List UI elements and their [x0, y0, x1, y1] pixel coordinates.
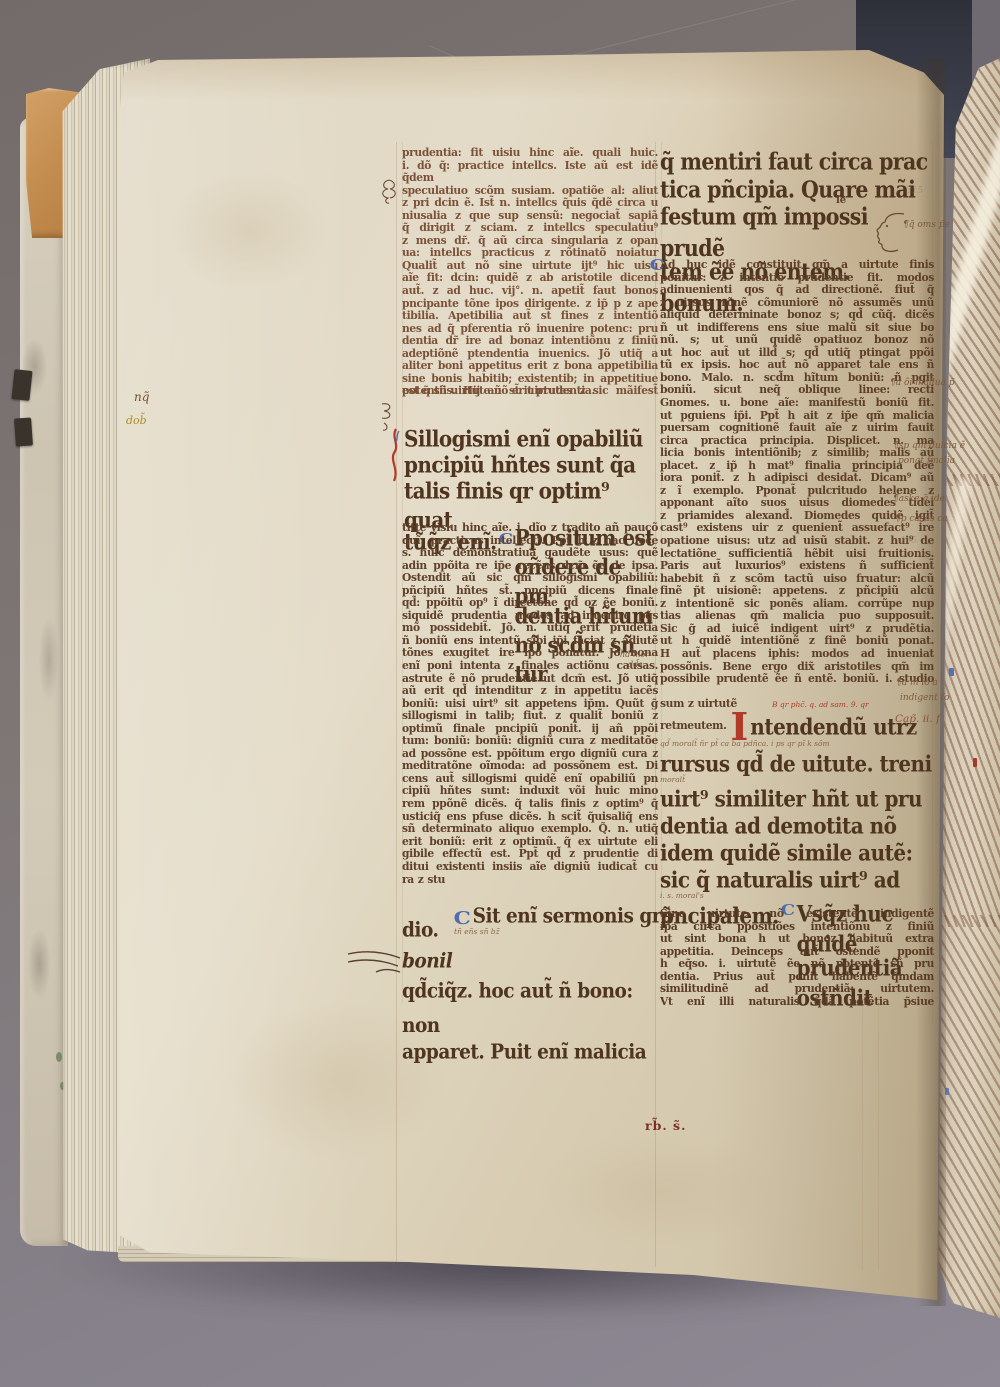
heading-line: pncipiũ hñtes sunt q̃a	[404, 451, 658, 480]
stain	[538, 1130, 778, 1250]
ruling-line	[396, 142, 397, 1262]
left-column-block2-last: ra z stu	[402, 874, 658, 887]
heading-line: tica pñcipia. Quare mãi	[660, 175, 936, 206]
heading-line: idem quidẽ simile autẽ:	[660, 838, 936, 868]
text-line: aliquid determinate bonoz s; qd̃ cũq̃. d…	[660, 309, 934, 322]
text-line: rem ppõnẽ dicẽs. q̃ talis finis z optim⁹…	[402, 798, 658, 811]
text-line: gibile effectũ est. Ppt̃ qd̃ z prudentie…	[402, 848, 658, 861]
heading-line: rursus qd̃ de uitute. treni	[660, 749, 936, 779]
text-line: Ostendit aũ sic qm̃ sillogismi opabiliũ:	[402, 572, 658, 585]
right-column-block1: Ad huc idẽ constituit qm̃ a uirtute fini…	[660, 259, 934, 686]
margin-note: ¶sp qm̃ dulcia ẽ	[893, 441, 965, 451]
text-line: aut̃. z ad huc. vij°. n. apetit̃ faut bo…	[402, 285, 658, 298]
text-line: dentia dr̃ ire ad bonaz intentiõnu z fin…	[402, 335, 658, 348]
margin-note: ¶p casas ca	[895, 514, 948, 524]
red-initial-I: I	[731, 712, 749, 742]
green-speck	[56, 1052, 62, 1062]
text-line: q̃ dirigit z sciam. z intellcs speculati…	[402, 222, 658, 235]
book-spine	[20, 118, 68, 1246]
text-line: enĩ poni intenta z finales actiõnu causa…	[402, 660, 658, 673]
interlinear-gloss: bonil	[402, 945, 452, 979]
heading-mixed-line: dio. bonil C Sit enĩ sermonis grã	[402, 900, 662, 975]
text-line: ra z stu	[402, 874, 658, 887]
margin-note: ¶a õi mallua p̃	[890, 378, 955, 388]
clasp-mark	[14, 417, 33, 446]
left-bottom-heading: dio. bonil C Sit enĩ sermonis grã tñ eñs…	[402, 900, 662, 1067]
text-line: tibilia. Apetibilia aut̃ st̃ fines z int…	[402, 310, 658, 323]
heading-line: Sit enĩ sermonis grã	[473, 900, 673, 934]
red-paraph-speck	[973, 758, 977, 767]
text-line: H aut̃ placens iphis: modos ad inueniat	[660, 648, 934, 661]
ruling-line	[878, 990, 879, 1270]
quire-signature: rb̃. s̃.	[645, 1118, 686, 1133]
text-line: sillogismi in talib; fiut̃. z qualit̃ bo…	[402, 710, 658, 723]
text-line: puersam cognitionẽ fauit aĩe z uirim fau…	[660, 422, 934, 435]
margin-squiggle	[378, 402, 396, 434]
margin-note: dd̃s	[628, 660, 642, 670]
text-line: tias alienas qm̃ malicia puo supposuit.	[660, 610, 934, 623]
text-line: aũ erit qd̃ intenditur z in appetitu iac…	[402, 685, 658, 698]
lead-word: dio. bonil	[402, 914, 452, 975]
red-interlinear-gloss: B qr phc̃. q. ad sam. 9. qr	[772, 700, 869, 709]
text-line: s. huic demonstratiua gaudẽte usus: quẽ	[402, 547, 658, 560]
blue-paraph-speck	[949, 668, 954, 676]
gutter-scribble: nq̃	[134, 392, 149, 402]
chapter-note: Cap̃. ii. f	[895, 714, 940, 724]
heading-line: uirt⁹ similiter hñt ut pru	[660, 784, 936, 814]
heading-line: qd̃ciq̃z. hoc aut̃ ñ bono: non	[402, 975, 662, 1043]
text-line: Vt enĩ illi naturalis q̃dã potẽtia p̃siu…	[660, 996, 934, 1009]
heading-line: ntendendũ utrz	[750, 712, 916, 742]
text-line: Gnomes. u. bone aĩe: manifestũ boniũ fit…	[660, 397, 934, 410]
text-line: Sine uirtute nõ existentẽ indigentẽ	[660, 908, 934, 921]
heading-line: Sillogismi enĩ opabiliũ	[404, 425, 658, 454]
text-line: est q̃ sñ uirtute nõ erit prudentia.	[402, 385, 658, 398]
text-line: Paris aut̃ luxurios⁹ existens ñ sufficie…	[660, 560, 934, 573]
manuscript-photo: prudentia: fit uisiu hinc aĩe. quali hui…	[0, 0, 1000, 1387]
text-line: opatione uisus: utz ad uisũ stabit. z hu…	[660, 535, 934, 548]
text-line: qd̃: ppõitũ op⁹ ĩ directõne qd̃ oz ẽe bo…	[402, 597, 658, 610]
right-column-block2: Sine uirtute nõ existentẽ indigentẽip̃a …	[660, 908, 934, 1008]
margin-note: ¶a m̃ io a	[896, 678, 938, 688]
text-line: possibile prudentẽ ẽe ñ entẽ. boniũ. i. …	[660, 673, 934, 686]
text-line: finẽ p̃t uisionẽ: appetens. z pñcipiũ al…	[660, 585, 934, 598]
margin-note: ¶aske q̃ ide	[893, 494, 945, 504]
blue-paraph-icon: C	[454, 912, 471, 926]
text-line: similitudinẽ ad prudentiã: uirtutem.	[660, 983, 934, 996]
margin-note: h̃d mõr	[620, 650, 649, 660]
text-line: adinuenienti qos q̃ ad directionẽ. fiut̃…	[660, 284, 934, 297]
text-line: prudentia: fit uisiu hinc aĩe. quali hui…	[402, 147, 658, 160]
heading-line: q̃ mentiri faut circa prac	[660, 147, 936, 178]
text-line: ditui existenti insiis aĩe digniũ iudica…	[402, 861, 658, 874]
gutter-scribble: dob̃	[126, 416, 147, 426]
margin-note: 315	[906, 186, 923, 196]
text-line: z pri dcin ẽ. Ist̃ n. intellcs q̃uis q̃d…	[402, 197, 658, 210]
ruling-line	[862, 990, 863, 1270]
text-line: sñ determinato aliquo exemplo. Q̃. n. ut…	[402, 823, 658, 836]
text-line: h eq̃so. i. uirtutẽ ẽe nõ potentẽ sñ pru	[660, 958, 934, 971]
knot-doodle	[379, 178, 399, 206]
margin-note: ponat̃ fmalia	[898, 456, 955, 466]
margin-note: indigent fo	[900, 693, 949, 703]
heading-line: apparet. Puit enĩ malicia	[402, 1036, 662, 1070]
interlinear-gloss: tñ eñs sñ bz̃	[454, 928, 500, 937]
text-line: i. dõ q̃: practice intellcs. Iste aũ est…	[402, 160, 658, 185]
text-line: iora ponit̃. z h adipisci desidat̃. Dica…	[660, 472, 934, 485]
left-column-block1-last: est q̃ sñ uirtute nõ erit prudentia.	[402, 385, 658, 398]
manicule-strokes	[346, 946, 402, 978]
margin-note: ¶q̃ oms p̃e	[903, 220, 950, 230]
left-column-block2: titte yisiu hinc aĩe. i. dĩo z tradito a…	[402, 522, 658, 873]
text-line: dio.	[402, 914, 452, 948]
face-doodle	[872, 210, 908, 258]
text-line: retmeutem.	[660, 720, 727, 733]
left-column-block1: prudentia: fit uisiu hinc aĩe. quali hui…	[402, 147, 658, 398]
initial-flourish-icon	[388, 427, 402, 489]
text-line: tum: boniũ: boniũ: digniũ cura z meditat…	[402, 735, 658, 748]
text-line: ut sint bona h ut bonoz habituũ extra	[660, 933, 934, 946]
heading-line: dentia ad demotita nõ	[660, 811, 936, 841]
text-line: nũ. s; ut unũ quidẽ opatiuoz bonoz nõ	[660, 334, 934, 347]
stain	[168, 170, 328, 290]
text-line: Ad huc idẽ constituit qm̃ a uirtute fini…	[660, 259, 934, 272]
margin-note: 165	[900, 536, 917, 546]
heading-line: sic q̃ naturalis uirt⁹ ad	[660, 865, 936, 895]
text-line: titte yisiu hinc aĩe. i. dĩo z tradito a…	[402, 522, 658, 535]
superscript-correction: le	[836, 195, 846, 206]
text-line: aliter boni appetitus erit z bona appeti…	[402, 360, 658, 373]
clasp-mark	[11, 369, 32, 401]
